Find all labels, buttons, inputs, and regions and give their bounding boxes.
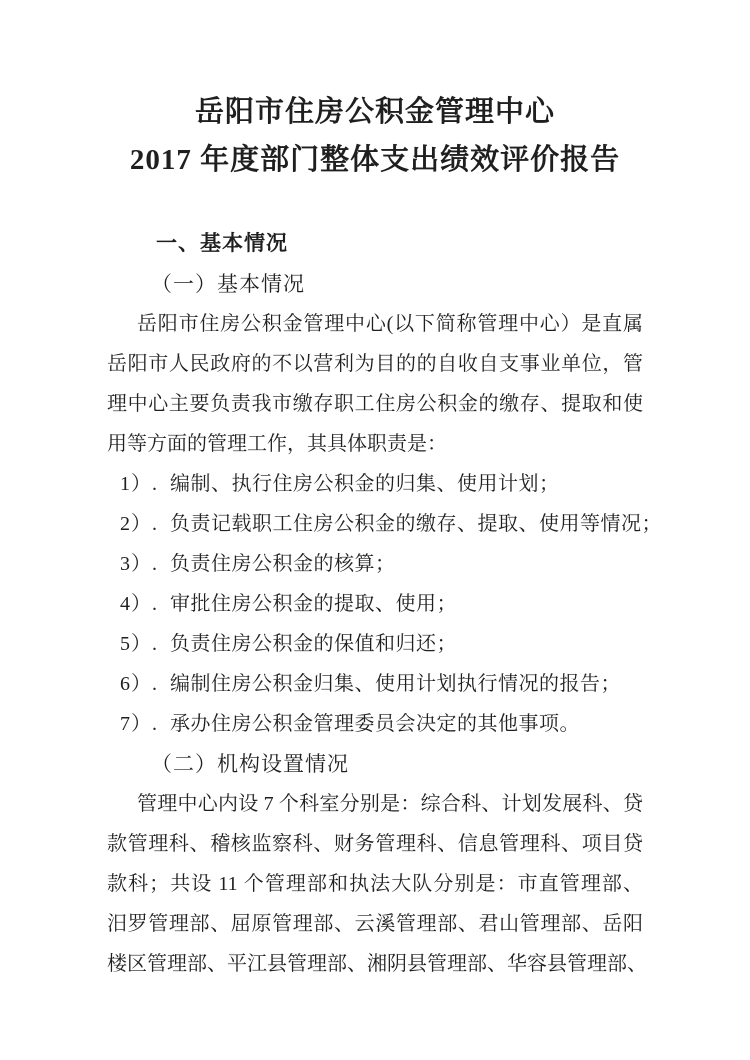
list-item-number: 6）. — [120, 664, 158, 704]
list-item-number: 1）. — [120, 464, 158, 504]
list-item: 2）.负责记载职工住房公积金的缴存、提取、使用等情况； — [120, 504, 643, 544]
list-item: 1）.编制、执行住房公积金的归集、使用计划； — [120, 464, 643, 504]
list-item: 3）.负责住房公积金的核算； — [120, 544, 643, 584]
list-item-text: 承办住房公积金管理委员会决定的其他事项。 — [170, 713, 580, 735]
paragraph-1-line: 岳阳市住房公积金管理中心(以下简称管理中心）是直属 — [107, 304, 643, 344]
title-line-1: 岳阳市住房公积金管理中心 — [0, 88, 750, 136]
list-item-number: 2）. — [120, 504, 158, 544]
list-item-text: 编制住房公积金归集、使用计划执行情况的报告； — [170, 673, 621, 695]
section-heading: 一、基本情况 — [107, 224, 643, 264]
list-item-number: 4）. — [120, 584, 158, 624]
list-item-number: 3）. — [120, 544, 158, 584]
paragraph-2-line: 款管理科、稽核监察科、财务管理科、信息管理科、项目贷 — [107, 824, 643, 864]
list-item-text: 编制、执行住房公积金的归集、使用计划； — [170, 473, 560, 495]
list-item-number: 5）. — [120, 624, 158, 664]
list-item-text: 审批住房公积金的提取、使用； — [170, 593, 457, 615]
document-page: 岳阳市住房公积金管理中心 2017 年度部门整体支出绩效评价报告 一、基本情况 … — [0, 0, 750, 1060]
paragraph-2-line: 款科；共设 11 个管理部和执法大队分别是：市直管理部、 — [107, 864, 643, 904]
paragraph-2-line: 汨罗管理部、屈原管理部、云溪管理部、君山管理部、岳阳 — [107, 904, 643, 944]
list-item: 4）.审批住房公积金的提取、使用； — [120, 584, 643, 624]
paragraph-1-line: 用等方面的管理工作，其具体职责是： — [107, 424, 643, 464]
paragraph-1-line: 理中心主要负责我市缴存职工住房公积金的缴存、提取和使 — [107, 384, 643, 424]
title-line-2: 2017 年度部门整体支出绩效评价报告 — [0, 136, 750, 184]
paragraph-2-line: 管理中心内设 7 个科室分别是：综合科、计划发展科、贷 — [107, 784, 643, 824]
document-body: 一、基本情况 （一）基本情况 岳阳市住房公积金管理中心(以下简称管理中心）是直属… — [107, 224, 643, 984]
document-title: 岳阳市住房公积金管理中心 2017 年度部门整体支出绩效评价报告 — [0, 0, 750, 184]
list-item: 5）.负责住房公积金的保值和归还； — [120, 624, 643, 664]
list-item-number: 7）. — [120, 704, 158, 744]
paragraph-2-line: 楼区管理部、平江县管理部、湘阴县管理部、华容县管理部、 — [107, 944, 643, 984]
list-item-text: 负责记载职工住房公积金的缴存、提取、使用等情况； — [170, 513, 662, 535]
subsection-heading-2: （二）机构设置情况 — [107, 744, 643, 784]
list-item: 7）.承办住房公积金管理委员会决定的其他事项。 — [120, 704, 643, 744]
list-item: 6）.编制住房公积金归集、使用计划执行情况的报告； — [120, 664, 643, 704]
list-item-text: 负责住房公积金的核算； — [170, 553, 396, 575]
paragraph-1-line: 岳阳市人民政府的不以营利为目的的自收自支事业单位，管 — [107, 344, 643, 384]
list-item-text: 负责住房公积金的保值和归还； — [170, 633, 457, 655]
subsection-heading-1: （一）基本情况 — [107, 264, 643, 304]
